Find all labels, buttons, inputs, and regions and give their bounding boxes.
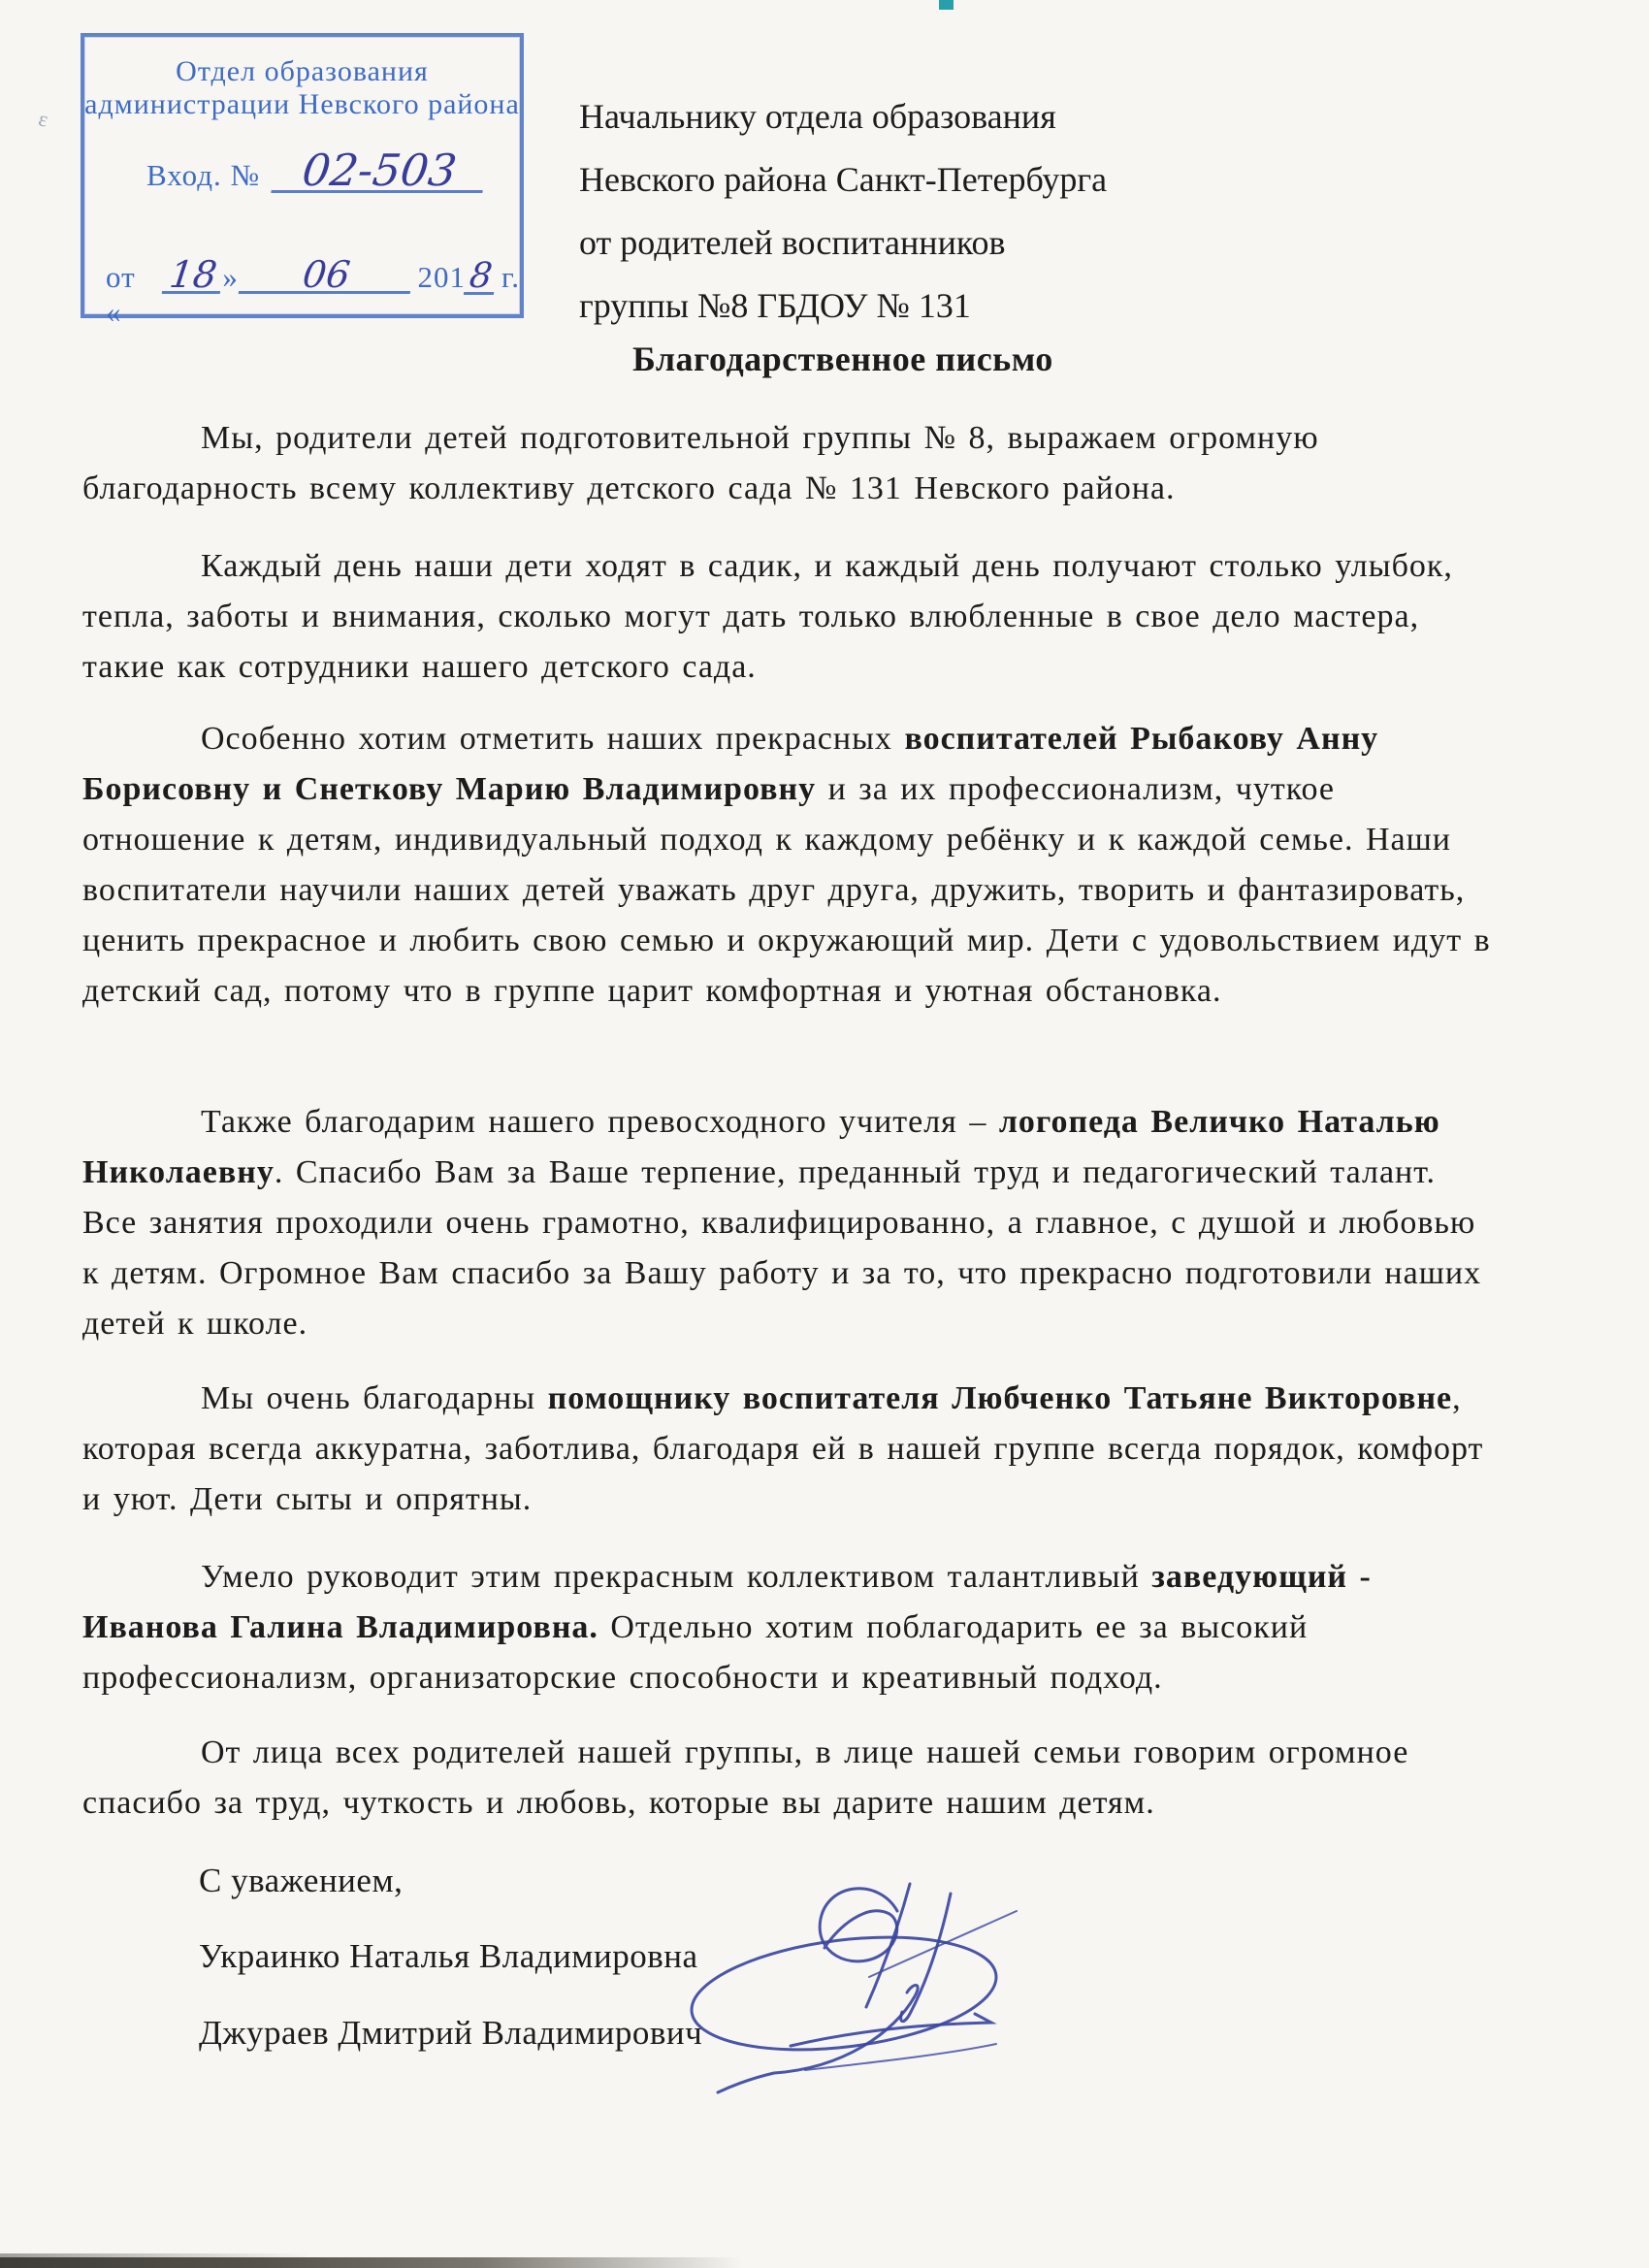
recipient-line: от родителей воспитанников — [579, 211, 1107, 275]
paragraph-text: Особенно хотим отметить наших прекрасных — [201, 721, 904, 757]
date-from-label: от « — [106, 260, 158, 330]
date-quote-close: » — [222, 260, 239, 295]
paragraph-text: Мы, родители детей подготовительной груп… — [82, 420, 1319, 506]
paragraph-text: Мы очень благодарны — [201, 1380, 548, 1416]
scan-artifact-bottom-edge — [0, 2257, 873, 2268]
registration-stamp: Отдел образования администрации Невского… — [81, 33, 524, 318]
recipient-line: Начальнику отдела образования — [579, 85, 1107, 148]
paragraph-5: Мы очень благодарны помощнику воспитател… — [82, 1374, 1501, 1525]
incoming-number-label: Вход. № — [146, 158, 260, 193]
paragraph-text: . Спасибо Вам за Ваше терпение, преданны… — [82, 1154, 1481, 1342]
scan-artifact-left-mark: ε — [36, 106, 49, 132]
scanned-letter-page: Отдел образования администрации Невского… — [0, 0, 1649, 2268]
recipient-line: Невского района Санкт-Петербурга — [579, 148, 1107, 211]
date-day-value: 18 — [162, 258, 225, 294]
paragraph-1: Мы, родители детей подготовительной груп… — [82, 413, 1501, 514]
recipient-block: Начальнику отдела образования Невского р… — [579, 85, 1107, 338]
paragraph-text: Каждый день наши дети ходят в садик, и к… — [82, 548, 1453, 685]
date-year-suffix: г. — [501, 260, 520, 295]
paragraph-text: Умело руководит этим прекрасным коллекти… — [201, 1559, 1151, 1595]
paragraph-2: Каждый день наши дети ходят в садик, и к… — [82, 541, 1501, 693]
paragraph-text-bold: помощнику воспитателя Любченко Татьяне В… — [548, 1380, 1452, 1416]
handwritten-signature — [660, 1870, 1048, 2098]
letter-title: Благодарственное письмо — [632, 339, 1053, 379]
date-year-digit: 8 — [464, 261, 498, 295]
signatory-name-2: Джураев Дмитрий Владимирович — [199, 2008, 702, 2058]
incoming-number-value: 02-503 — [271, 151, 487, 193]
paragraph-7: От лица всех родителей нашей группы, в л… — [82, 1728, 1501, 1829]
paragraph-3: Особенно хотим отметить наших прекрасных… — [82, 714, 1501, 1017]
stamp-org-line2: администрации Невского района — [84, 88, 520, 121]
paragraph-text: Также благодарим нашего превосходного уч… — [201, 1104, 999, 1140]
date-year-printed: 201 — [417, 260, 466, 295]
scan-artifact-teal-dot — [939, 0, 954, 10]
paragraph-text: От лица всех родителей нашей группы, в л… — [82, 1734, 1408, 1821]
paragraph-4: Также благодарим нашего превосходного уч… — [82, 1097, 1501, 1349]
stamp-date-row: от « 18 » 06 201 8 г. — [106, 258, 520, 330]
signatory-name-1: Украинко Наталья Владимировна — [199, 1931, 697, 1982]
paragraph-6: Умело руководит этим прекрасным коллекти… — [82, 1552, 1501, 1703]
stamp-org-line1: Отдел образования — [84, 55, 520, 88]
closing-salutation: С уважением, — [199, 1856, 403, 1906]
date-month-value: 06 — [239, 258, 414, 294]
recipient-line: группы №8 ГБДОУ № 131 — [579, 275, 1107, 338]
stamp-organization: Отдел образования администрации Невского… — [84, 55, 520, 121]
stamp-incoming-row: Вход. № 02-503 — [146, 151, 485, 193]
